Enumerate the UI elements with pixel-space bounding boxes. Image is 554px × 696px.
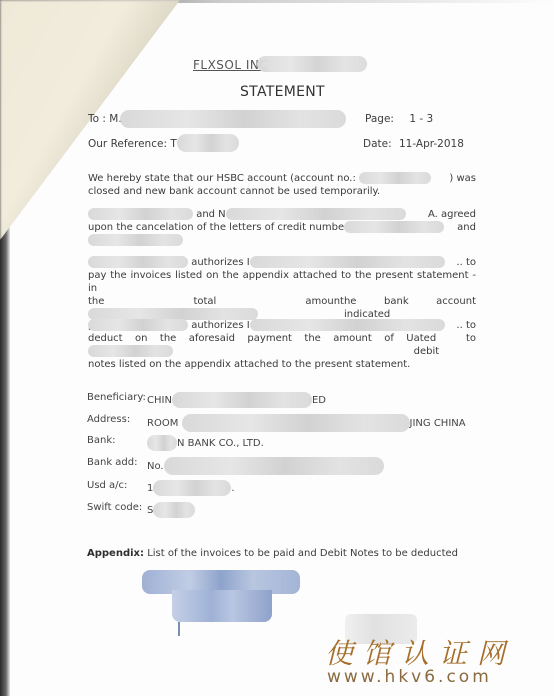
redacted-reference	[177, 134, 239, 152]
swift-code-value: S	[147, 502, 195, 518]
watermark-chinese: 使馆认证网	[325, 632, 515, 672]
redacted-company-name	[257, 56, 367, 72]
paragraph-agreement: and N A. agreed upon the cancelation of …	[88, 208, 476, 247]
date-line: Date: 11-Apr-2018	[363, 138, 464, 150]
watermark-url: www.hkv6.com	[327, 667, 492, 687]
bank-address-value: No.	[147, 457, 384, 475]
paragraph-authorization-deduct: authorizes I .. to deduct on the aforesa…	[88, 319, 476, 371]
usd-account-value: 1.	[147, 480, 235, 496]
redacted-stamp	[142, 570, 300, 630]
paragraph-account-closed: We hereby state that our HSBC account (a…	[88, 172, 476, 198]
reference-line: Our Reference: T	[88, 138, 177, 150]
beneficiary-value: CHINED	[147, 392, 326, 408]
redacted-party	[88, 208, 193, 220]
redacted-recipient	[120, 110, 346, 128]
company-header: FLXSOL INC	[193, 58, 388, 72]
document-title: STATEMENT	[240, 84, 325, 100]
redacted-account-no	[359, 172, 431, 184]
appendix-line: Appendix: List of the invoices to be pai…	[87, 548, 458, 559]
bank-value: N BANK CO., LTD.	[147, 435, 264, 451]
page-number: Page: 1 - 3	[365, 113, 433, 125]
address-value: ROOM JING CHINA	[147, 414, 466, 432]
to-line: To : M.	[88, 113, 122, 125]
